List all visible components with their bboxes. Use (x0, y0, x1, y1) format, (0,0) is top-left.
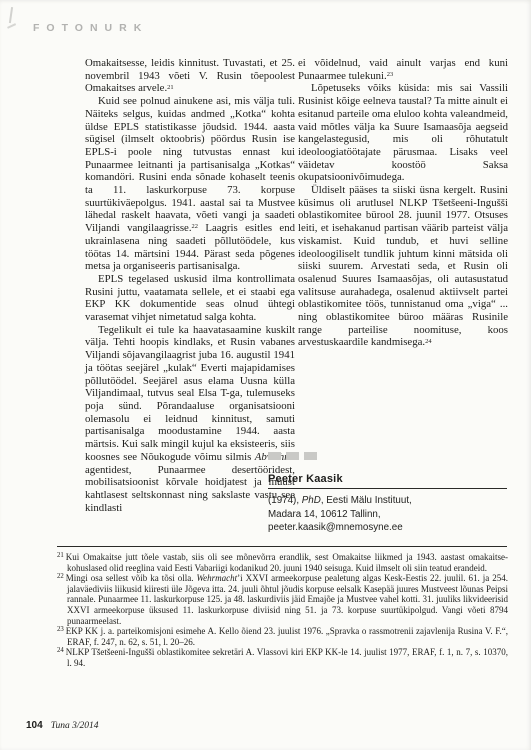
footnote-23: 23EKP KK j. a. parteikomisjoni esimehe A… (57, 626, 508, 647)
author-block: Peeter Kaasik (1974), PhD, Eesti Mälu In… (268, 452, 507, 535)
page-footer: 104Tuna 3/2014 (26, 720, 98, 731)
footnotes: 21Kui Omakaitse jutt tõele vastab, siis … (57, 552, 508, 669)
paragraph: EPLS tegelased uskusid ilma kontrollimat… (85, 273, 295, 324)
marker-square (304, 452, 317, 460)
journal-issue: Tuna 3/2014 (51, 721, 99, 731)
footnote-21: 21Kui Omakaitse jutt tõele vastab, siis … (57, 552, 508, 573)
running-head: FOTONURK (33, 22, 148, 34)
marker-square (268, 452, 281, 460)
paragraph: Kuid see polnud ainukene asi, mis välja … (85, 95, 295, 273)
paragraph: ei võidelnud, vaid ainult varjas end kun… (298, 57, 508, 82)
paragraph: Üldiselt pääses ta siiski üsna kergelt. … (298, 184, 508, 349)
author-bio-line: peeter.kaasik@mnemosyne.ee (268, 521, 507, 535)
author-bio: (1974), PhD, Eesti Mälu Instituut,Madara… (268, 494, 507, 535)
end-of-article-marker (268, 452, 507, 460)
paragraph: Omakaitsesse, leidis kinnitust. Tuvastat… (85, 57, 295, 95)
paragraph: Lõpetuseks võiks küsida: mis sai Vassili… (298, 82, 508, 184)
footnote-24: 24NLKP Tšetšeeni-Ingušši oblastikomitee … (57, 647, 508, 668)
footnote-22: 22Mingi osa sellest võib ka tõsi olla. W… (57, 573, 508, 626)
page-number: 104 (26, 720, 43, 731)
corner-scan-mark (6, 5, 18, 35)
author-rule (268, 488, 507, 489)
author-bio-line: (1974), PhD, Eesti Mälu Instituut, (268, 494, 507, 508)
marker-square (286, 452, 299, 460)
footnote-separator (57, 546, 507, 547)
author-bio-line: Madara 14, 10612 Tallinn, (268, 508, 507, 522)
paragraph: Tegelikult ei tule ka haavatasaamine kus… (85, 324, 295, 515)
body-column-right: ei võidelnud, vaid ainult varjas end kun… (298, 57, 508, 349)
journal-page: FOTONURK Omakaitsesse, leidis kinnitust.… (0, 0, 531, 750)
author-name: Peeter Kaasik (268, 473, 507, 485)
body-column-left: Omakaitsesse, leidis kinnitust. Tuvastat… (85, 57, 295, 514)
